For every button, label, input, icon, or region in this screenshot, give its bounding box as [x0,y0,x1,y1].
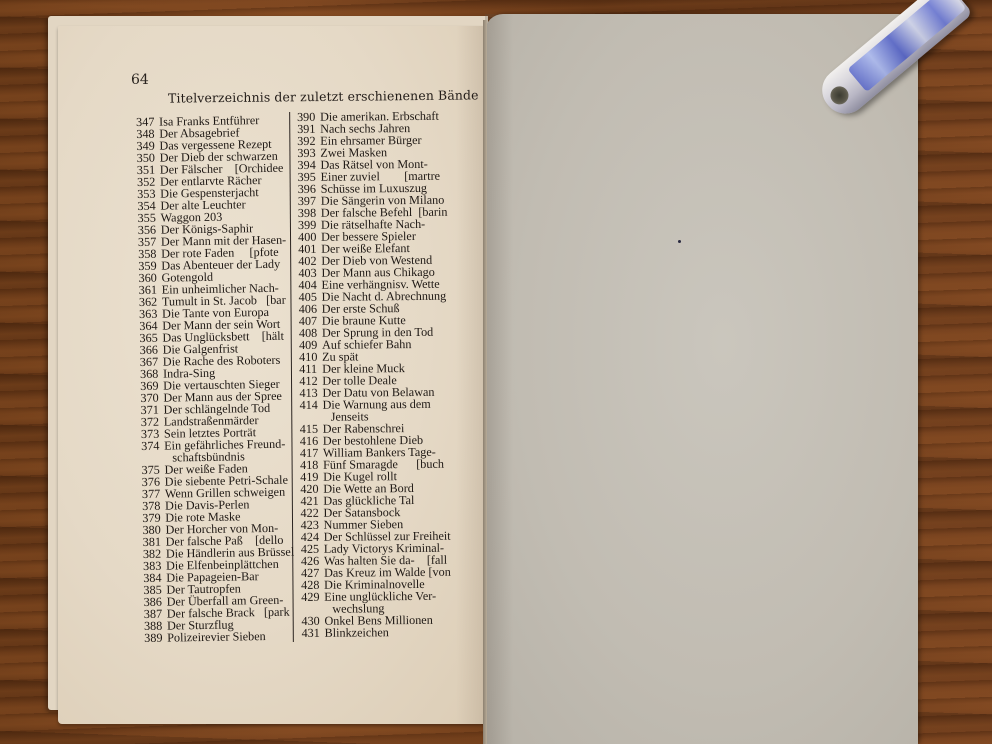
right-page-blank [485,14,918,744]
list-item: 431Blinkzeichen [302,626,452,639]
pen-end-cap [827,83,852,108]
volume-number: 429 [301,591,324,603]
title-list-column-right: 390Die amerikan. Erbschaft391Nach sechs … [297,110,452,639]
page-number: 64 [131,72,149,88]
list-item: 414Die Warnung aus dem [300,398,450,411]
volume-title: Polizeirevier Sieben [167,629,266,645]
volume-title: Blinkzeichen [324,625,388,640]
list-item: 389Polizeirevier Sieben [144,630,295,644]
volume-number: 414 [300,399,323,411]
booklet-spine [483,20,487,744]
ink-speck [678,240,681,243]
title-list-column-left: 347Isa Franks Entführer348Der Absagebrie… [136,114,296,644]
volume-number: 389 [144,632,167,644]
volume-number: 431 [302,627,325,639]
volume-number: 374 [141,440,164,452]
